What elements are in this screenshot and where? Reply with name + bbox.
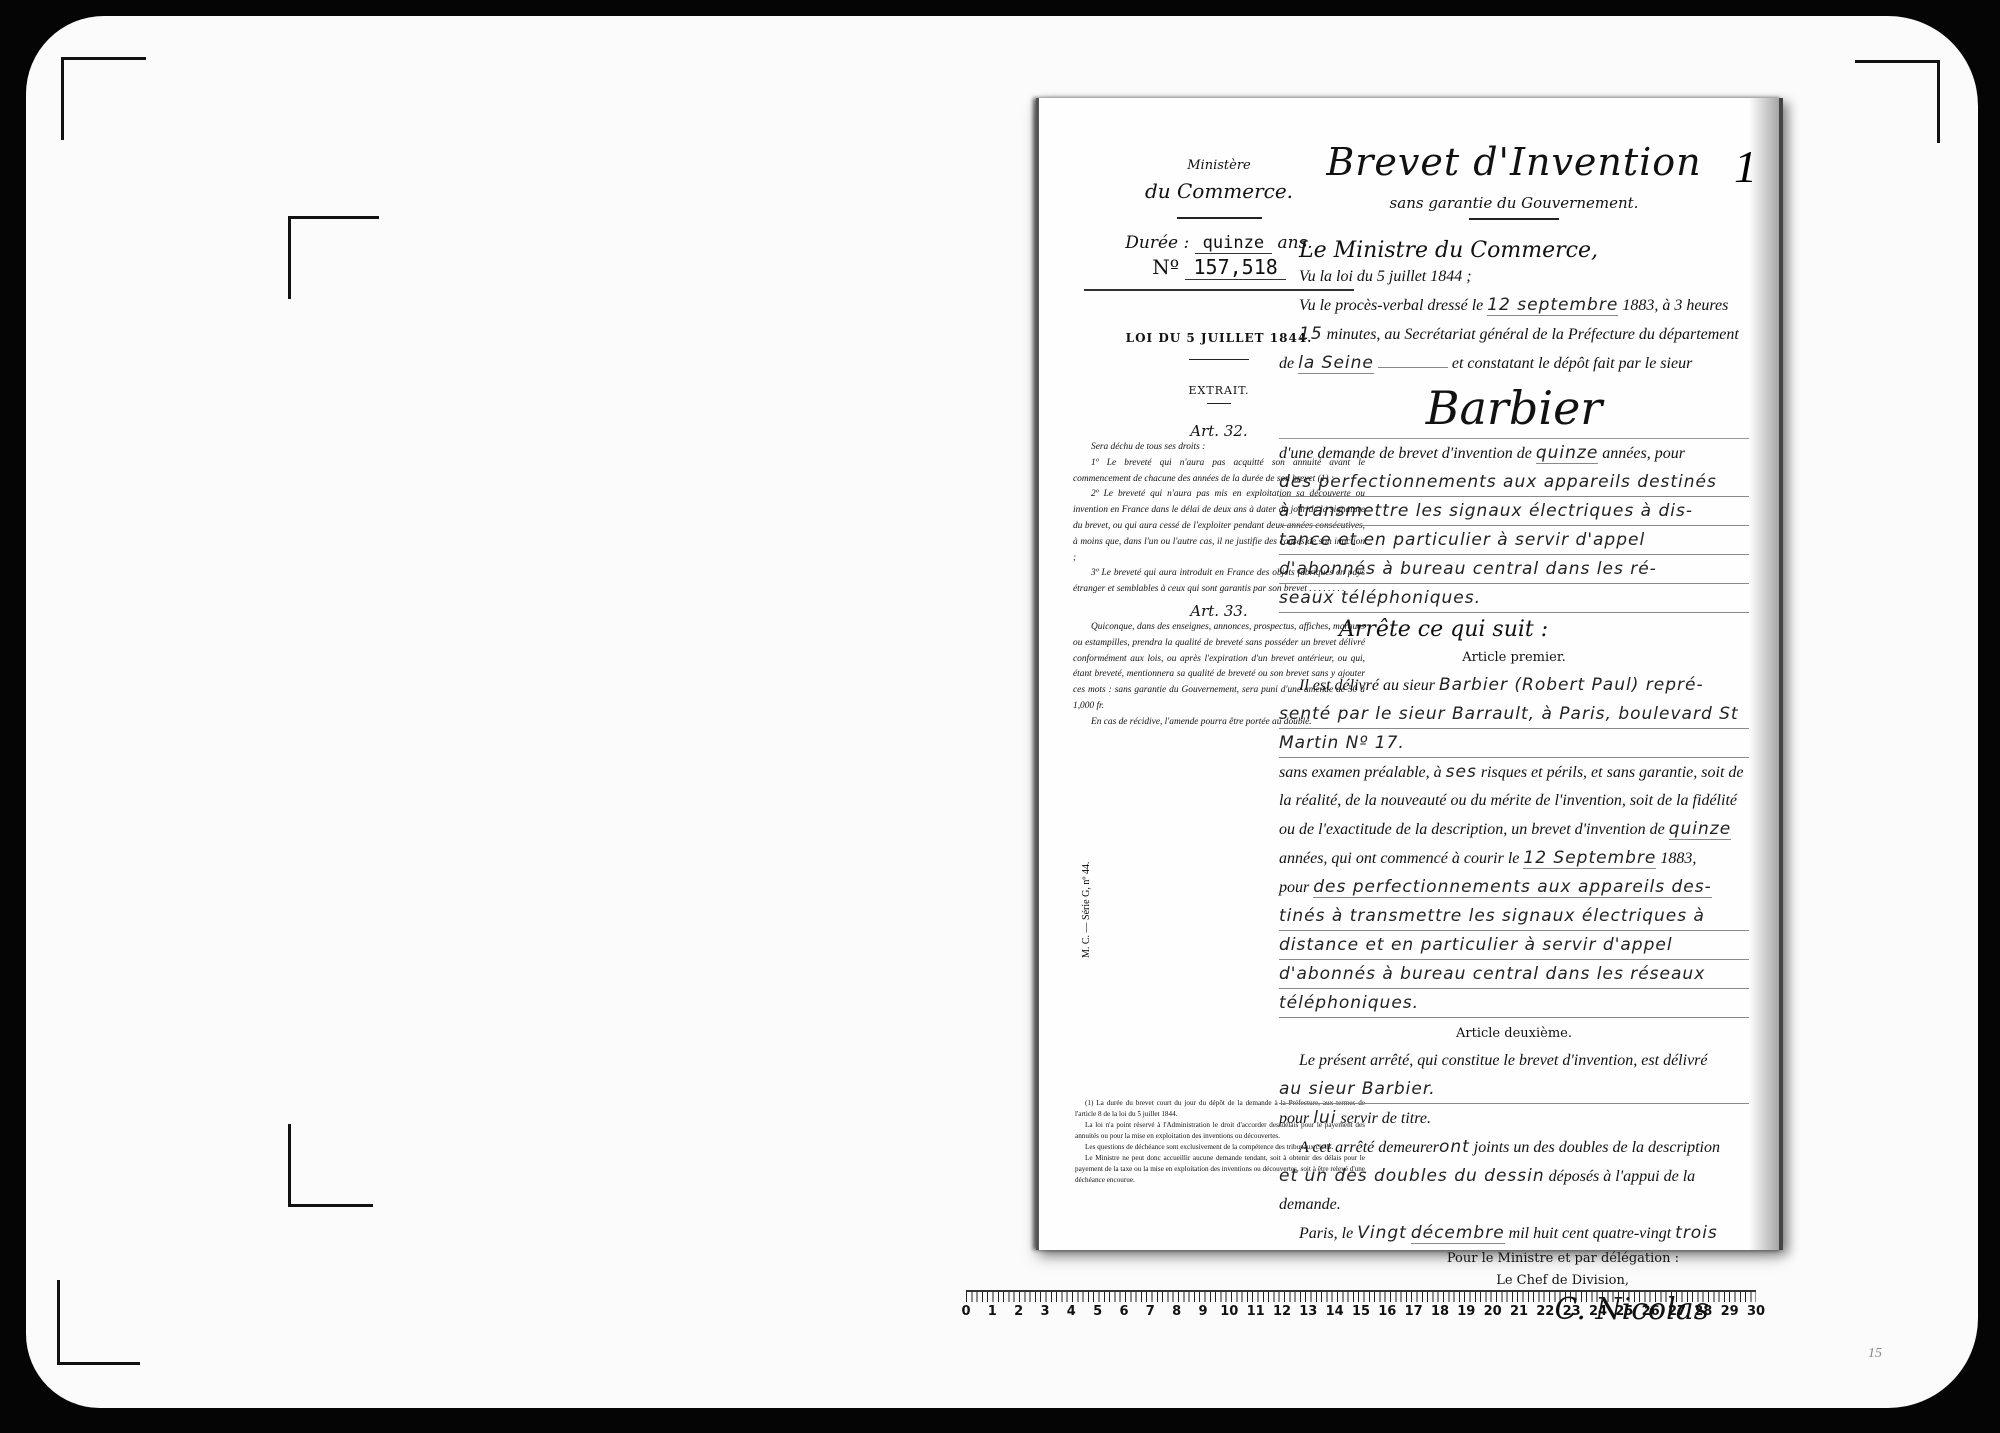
minutes-value: 15 <box>1299 324 1323 344</box>
ruler-label: 1 <box>988 1304 997 1319</box>
ornament-divider <box>1469 218 1559 220</box>
duration-value: quinze <box>1195 233 1272 254</box>
article-2-title-line: pour lui servir de titre. <box>1279 1104 1749 1133</box>
annex-line: et un des doubles du dessin déposés à l'… <box>1279 1162 1749 1191</box>
minutes-line: 15 minutes, au Secrétariat général de la… <box>1279 320 1749 349</box>
ruler-label: 3 <box>1040 1304 1049 1319</box>
chief-title: Le Chef de Division, <box>1279 1270 1749 1292</box>
ruler-label: 27 <box>1668 1304 1686 1319</box>
article-1-invention: téléphoniques. <box>1279 989 1749 1018</box>
ruler-label: 12 <box>1273 1304 1291 1319</box>
annex-line: A cet arrêté demeureront joints un des d… <box>1279 1133 1749 1162</box>
article-1-body: ou de l'exactitude de la description, un… <box>1279 815 1749 844</box>
pv-date: 12 septembre <box>1487 295 1618 316</box>
main-column: Brevet d'Invention sans garantie du Gouv… <box>1279 128 1749 1327</box>
measurement-ruler: 0 1 2 3 4 5 6 7 8 9 10 11 12 13 14 15 16… <box>966 1290 1756 1330</box>
vu-loi: Vu la loi du 5 juillet 1844 ; <box>1279 263 1749 291</box>
ornament-divider <box>1177 217 1262 219</box>
ruler-label: 24 <box>1589 1304 1607 1319</box>
ruler-label: 23 <box>1563 1304 1581 1319</box>
series-code: M. C. — Série G, nº 44. <box>1081 862 1092 958</box>
article-1-invention: d'abonnés à bureau central dans les rése… <box>1279 960 1749 989</box>
minister-heading: Le Ministre du Commerce, <box>1299 238 1749 263</box>
ruler-label: 18 <box>1431 1304 1449 1319</box>
ruler-label: 14 <box>1326 1304 1344 1319</box>
ruler-label: 19 <box>1457 1304 1475 1319</box>
ruler-label: 20 <box>1484 1304 1502 1319</box>
ruler-label: 22 <box>1536 1304 1554 1319</box>
article-1-hand-line: senté par le sieur Barrault, à Paris, bo… <box>1279 700 1749 729</box>
arrete-heading: Arrête ce qui suit : <box>1339 617 1749 642</box>
article-1-body: sans examen préalable, à ses risques et … <box>1279 758 1749 787</box>
article-1-title: Article premier. <box>1279 650 1749 665</box>
ruler-label: 6 <box>1119 1304 1128 1319</box>
article-1-body: la réalité, de la nouveauté ou du mérite… <box>1279 787 1749 815</box>
crop-mark-bottom-left-inner <box>288 1124 373 1207</box>
patent-document: 1 Ministère du Commerce. Durée : quinze … <box>1036 98 1783 1250</box>
ruler-label: 9 <box>1198 1304 1207 1319</box>
article-1-body: années, qui ont commencé à courir le 12 … <box>1279 844 1749 873</box>
article-2-title: Article deuxième. <box>1279 1026 1749 1041</box>
invention-line: d'abonnés à bureau central dans les ré- <box>1279 555 1749 584</box>
document-subtitle: sans garantie du Gouvernement. <box>1279 194 1749 212</box>
crop-mark-top-left-inner <box>288 216 379 299</box>
department-line: de la Seine et constatant le dépôt fait … <box>1279 349 1749 378</box>
vu-proces-verbal: Vu le procès-verbal dressé le 12 septemb… <box>1279 291 1749 320</box>
article-2-recipient: au sieur Barbier. <box>1279 1075 1749 1104</box>
ruler-label: 16 <box>1378 1304 1396 1319</box>
annex-end: demande. <box>1279 1191 1749 1219</box>
applicant-name: Barbier <box>1279 378 1749 439</box>
article-1-hand-line: Martin Nº 17. <box>1279 729 1749 758</box>
ruler-label: 30 <box>1747 1304 1765 1319</box>
demand-line: d'une demande de brevet d'invention de q… <box>1279 439 1749 468</box>
demand-duration: quinze <box>1536 443 1598 464</box>
ruler-label: 8 <box>1172 1304 1181 1319</box>
ruler-label: 10 <box>1220 1304 1238 1319</box>
ruler-label: 21 <box>1510 1304 1528 1319</box>
ruler-label: 25 <box>1615 1304 1633 1319</box>
ruler-label: 28 <box>1694 1304 1712 1319</box>
article-2-text: Le présent arrêté, qui constitue le brev… <box>1279 1047 1749 1075</box>
invention-line: seaux téléphoniques. <box>1279 584 1749 613</box>
invention-line: tance et en particulier à servir d'appel <box>1279 526 1749 555</box>
ruler-label: 7 <box>1146 1304 1155 1319</box>
invention-line: à transmettre les signaux électriques à … <box>1279 497 1749 526</box>
ruler-label: 15 <box>1352 1304 1370 1319</box>
ruler-label: 29 <box>1721 1304 1739 1319</box>
divider <box>1207 403 1231 404</box>
article-1-invention: tinés à transmettre les signaux électriq… <box>1279 902 1749 931</box>
crop-mark-top-right-outer <box>1855 60 1940 143</box>
ruler-label: 4 <box>1067 1304 1076 1319</box>
article-1-intro: Il est délivré au sieur Barbier (Robert … <box>1279 671 1749 700</box>
divider <box>1189 359 1249 360</box>
ruler-label: 2 <box>1014 1304 1023 1319</box>
invention-line: des perfectionnements aux appareils dest… <box>1279 468 1749 497</box>
article-1-invention: distance et en particulier à servir d'ap… <box>1279 931 1749 960</box>
crop-mark-top-left-outer <box>61 57 146 140</box>
department-value: la Seine <box>1298 353 1374 374</box>
ruler-label: 26 <box>1642 1304 1660 1319</box>
crop-mark-bottom-left-outer <box>57 1280 140 1365</box>
patent-number-value: 157,518 <box>1185 255 1285 280</box>
ruler-label: 13 <box>1299 1304 1317 1319</box>
document-title: Brevet d'Invention <box>1279 140 1749 184</box>
delegation-line: Pour le Ministre et par délégation : <box>1279 1248 1749 1270</box>
ruler-label: 11 <box>1247 1304 1265 1319</box>
ruler-ticks <box>966 1290 1756 1302</box>
date-line: Paris, le Vingt décembre mil huit cent q… <box>1279 1219 1749 1248</box>
page-shadow <box>1749 98 1779 1250</box>
article-1-invention: pour des perfectionnements aux appareils… <box>1279 873 1749 902</box>
ruler-label: 17 <box>1405 1304 1423 1319</box>
ruler-label: 5 <box>1093 1304 1102 1319</box>
ruler-label: 0 <box>961 1304 970 1319</box>
archive-pencil-mark: 15 <box>1868 1346 1882 1362</box>
